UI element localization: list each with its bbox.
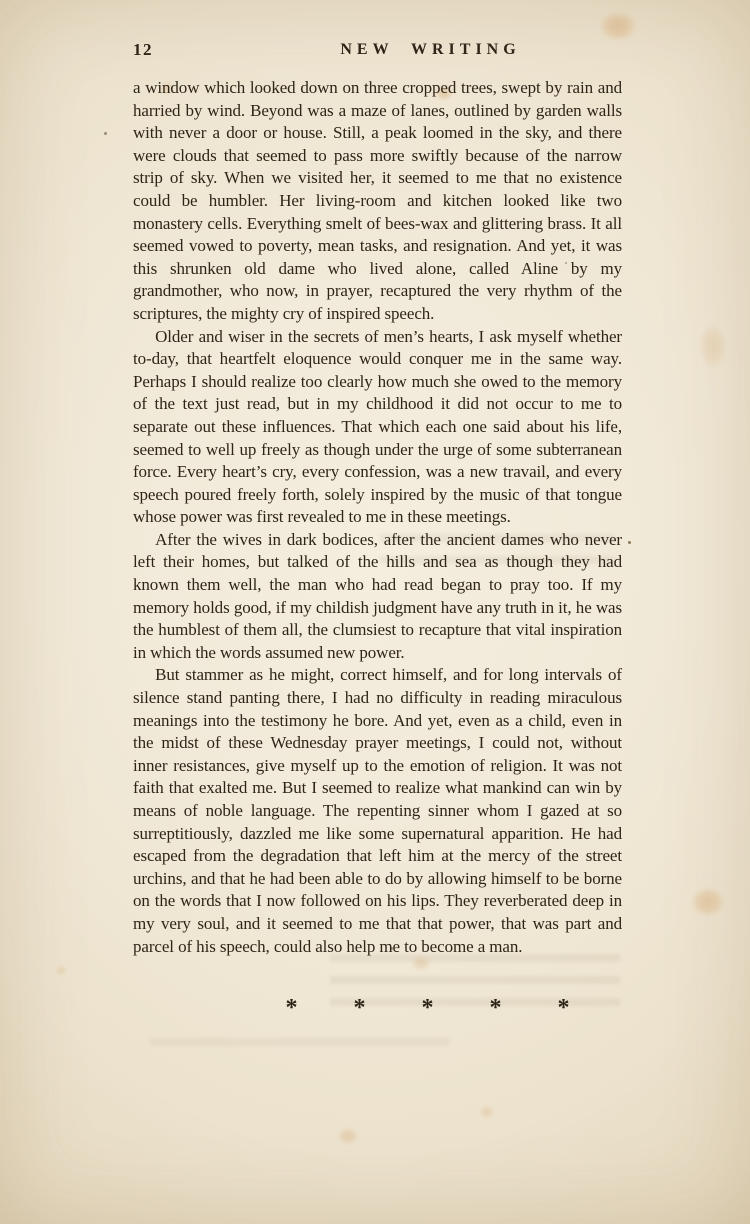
body-paragraph: But stammer as he might, correct himself… <box>133 664 622 958</box>
page-number: 12 <box>133 40 153 60</box>
body-paragraph: Older and wiser in the secrets of men’s … <box>133 326 622 529</box>
body-paragraph: a window which looked down on three crop… <box>133 77 622 326</box>
separator-asterisk: * <box>490 999 502 1017</box>
text-column: 12 NEW WRITING a window which looked dow… <box>133 40 622 1012</box>
book-page-scan: { "page": { "number": "12", "running_tit… <box>0 0 750 1224</box>
separator-asterisk: * <box>558 999 570 1017</box>
separator-asterisk: * <box>286 999 298 1017</box>
separator-asterisk: * <box>422 999 434 1017</box>
separator-asterisk: * <box>354 999 366 1017</box>
running-title: NEW WRITING <box>340 41 520 59</box>
body-text: a window which looked down on three crop… <box>133 77 622 958</box>
body-paragraph: After the wives in dark bodices, after t… <box>133 529 622 665</box>
section-separator: * * * * * <box>183 994 672 1012</box>
page-header: 12 NEW WRITING <box>133 40 622 62</box>
